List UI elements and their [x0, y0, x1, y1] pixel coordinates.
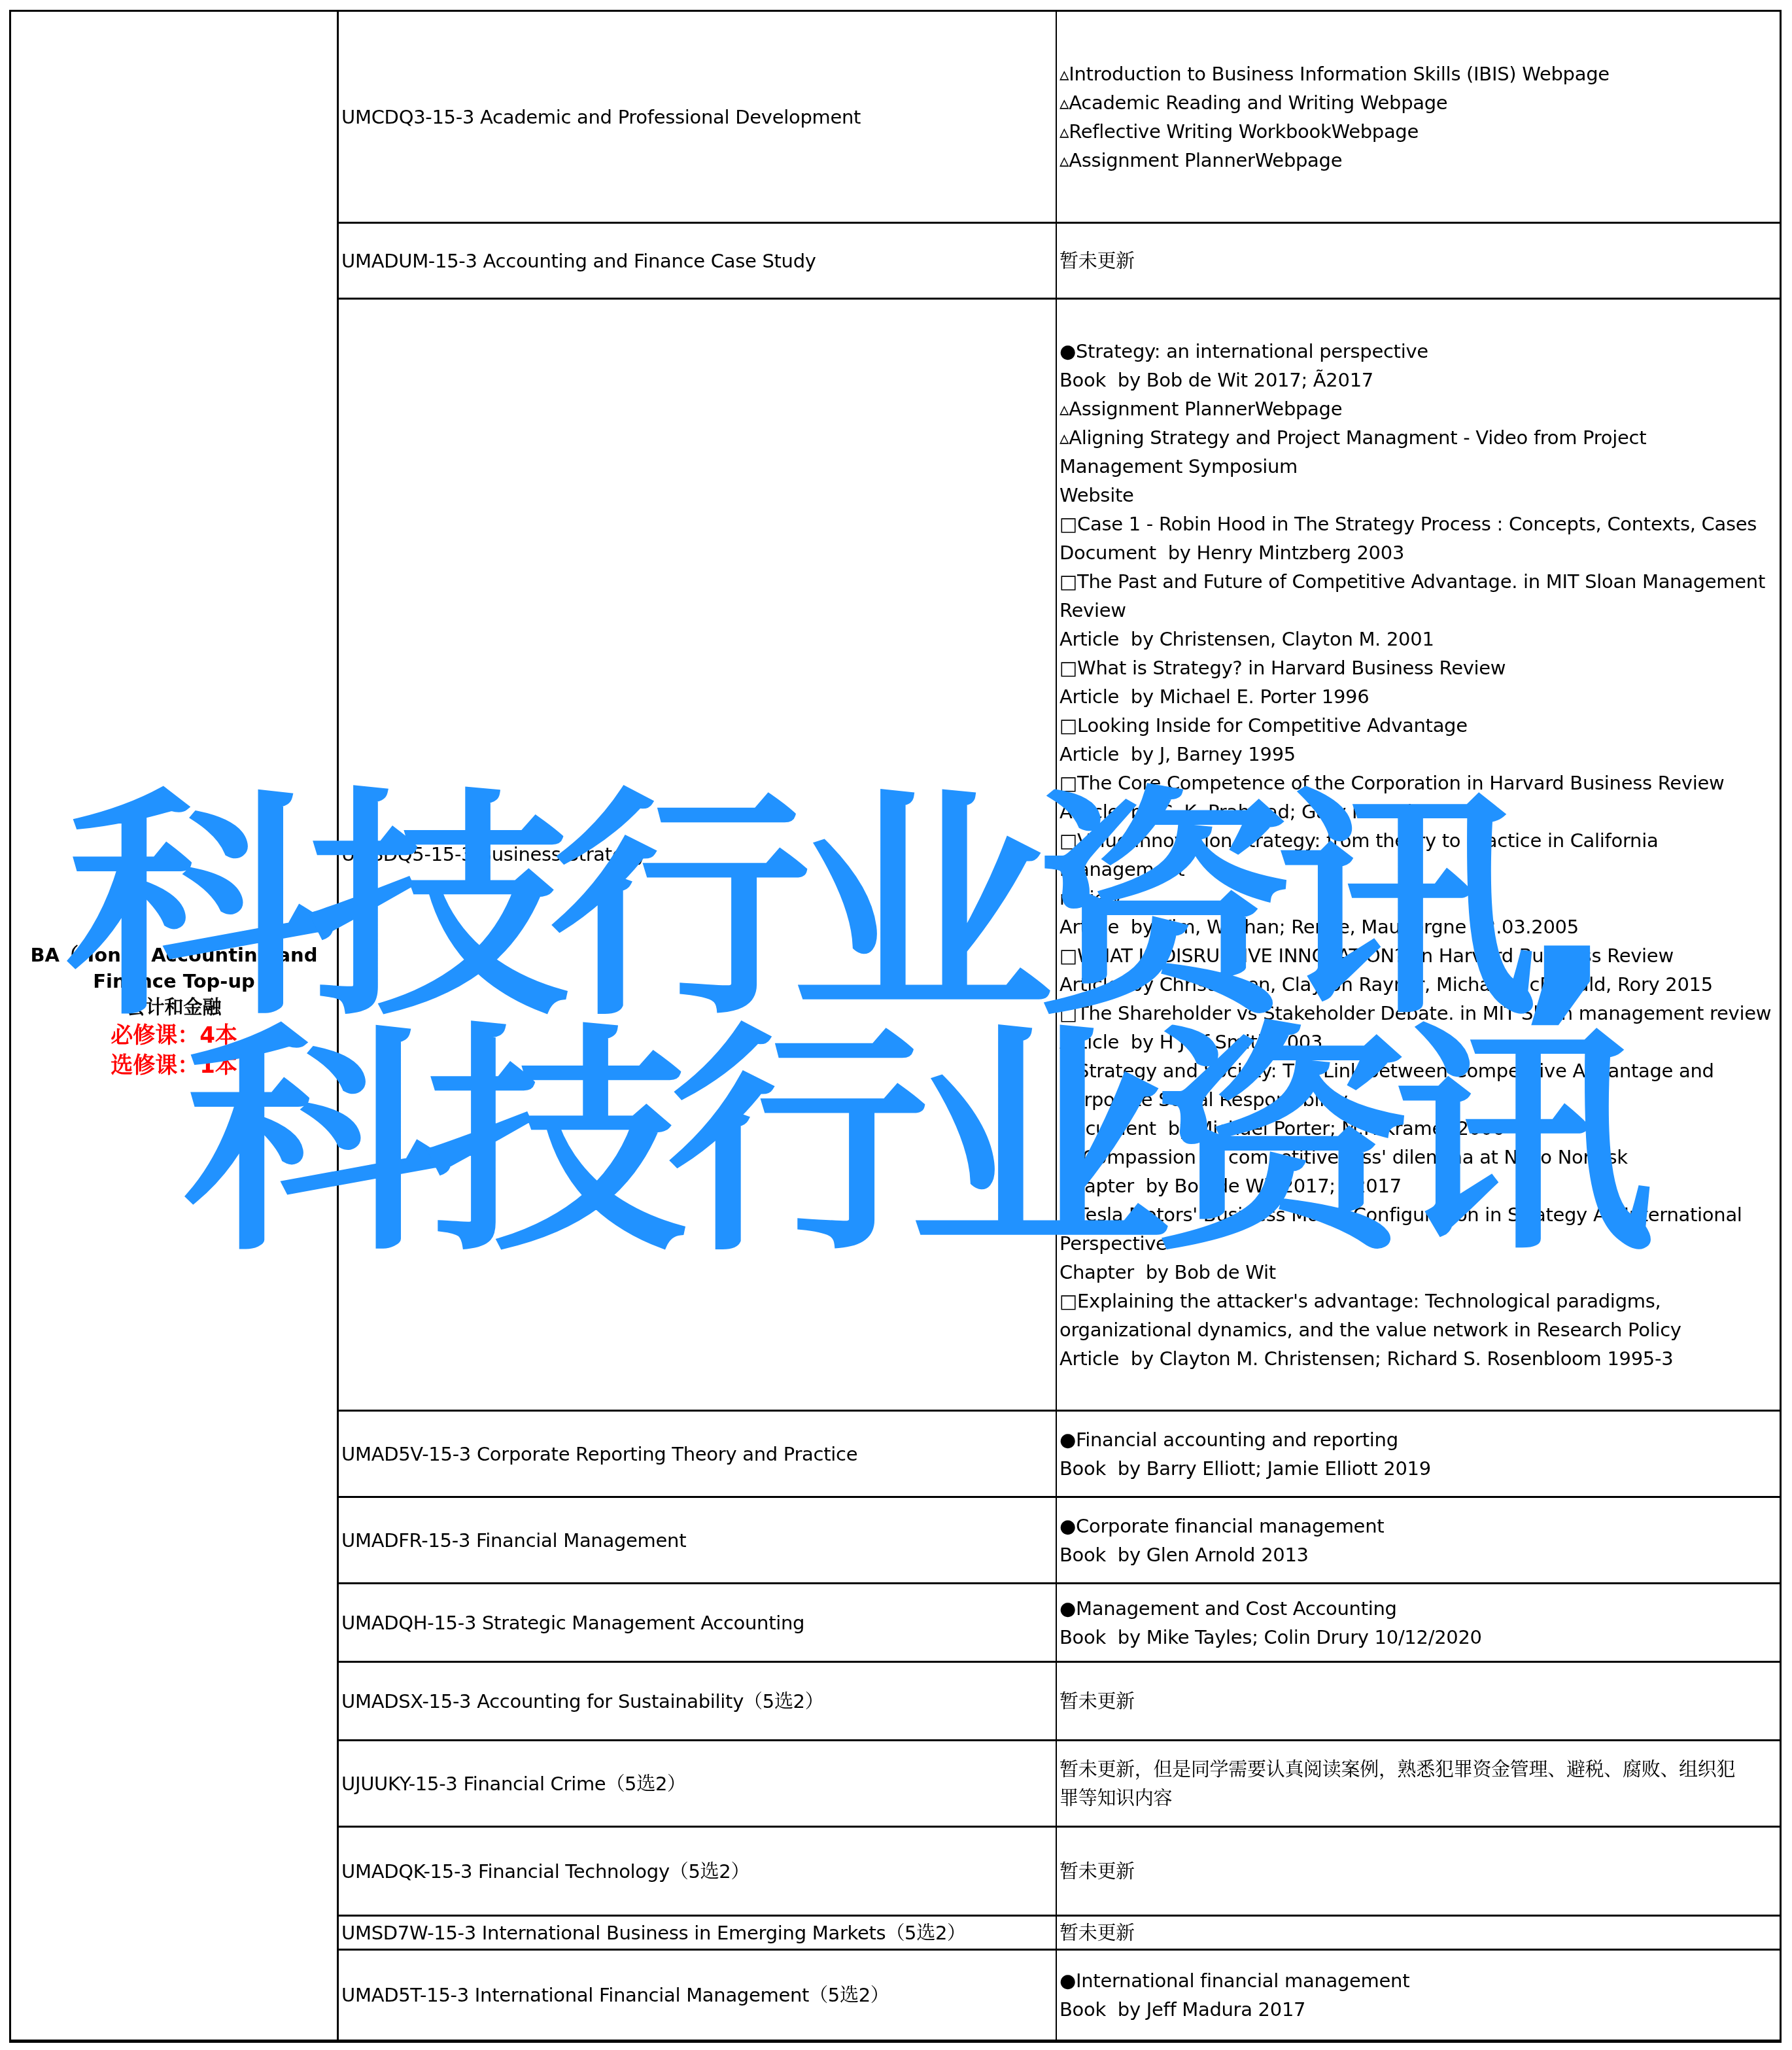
- reading-line: □Value innovation strategy: from theory …: [1060, 826, 1778, 884]
- reading-line: 暂未更新: [1060, 1919, 1135, 1947]
- reading-list: ●Management and Cost AccountingBook by M…: [1058, 1584, 1778, 1661]
- reading-lines: 暂未更新: [1060, 247, 1135, 275]
- required-count: 必修课：4本: [12, 1020, 336, 1051]
- reading-line: Perspective: [1060, 1229, 1778, 1258]
- reading-line: ●Management and Cost Accounting: [1060, 1594, 1482, 1623]
- course-reading-table: BA（Hons）Accounting and Finance Top-up 会计…: [0, 0, 1792, 2050]
- reading-line: Article by J, Barney 1995: [1060, 740, 1778, 769]
- reading-line: Book by Bob de Wit 2017; Ã2017: [1060, 366, 1778, 394]
- table-border-left: [9, 10, 11, 2043]
- reading-line: 暂未更新: [1060, 1857, 1135, 1886]
- reading-list: ●International financial managementBook …: [1058, 1951, 1778, 2040]
- reading-lines: ●International financial managementBook …: [1060, 1966, 1409, 2024]
- course-name: UMSDQ5-15-3 Business Strategy: [340, 843, 1053, 866]
- course-name: UMCDQ3-15-3 Academic and Professional De…: [340, 12, 1053, 222]
- reading-line: Book by Jeff Madura 2017: [1060, 1995, 1409, 2024]
- program-title-cn: 会计和金融: [12, 994, 336, 1020]
- reading-lines: ▵Introduction to Business Information Sk…: [1060, 60, 1610, 175]
- reading-lines: 暂未更新: [1060, 1857, 1135, 1886]
- reading-line: Article by Christensen, Clayton M. 2001: [1060, 625, 1778, 653]
- reading-line: 暂未更新，但是同学需要认真阅读案例，熟悉犯罪资金管理、避税、腐败、组织犯: [1060, 1755, 1735, 1784]
- reading-line: □Explaining the attacker's advantage: Te…: [1060, 1287, 1778, 1315]
- reading-list: ●Corporate financial managementBook by G…: [1058, 1498, 1778, 1582]
- reading-line: □Looking Inside for Competitive Advantag…: [1060, 711, 1778, 740]
- reading-line: Article by Michael E. Porter 1996: [1060, 682, 1778, 711]
- reading-line: □Tesla Motors' Business Model Configurat…: [1060, 1200, 1778, 1229]
- reading-lines: ●Strategy: an international perspectiveB…: [1060, 337, 1778, 1373]
- reading-list: 暂未更新: [1058, 1917, 1778, 1949]
- reading-list: ●Strategy: an international perspectiveB…: [1058, 300, 1778, 1410]
- reading-line: Chapter by Bob de Wit 2017; Ã2017: [1060, 1172, 1778, 1200]
- reading-line: Article by H Jeff Smith 2003: [1060, 1028, 1778, 1056]
- reading-line: Document by Henry Mintzberg 2003: [1060, 538, 1778, 567]
- reading-list: 暂未更新: [1058, 224, 1778, 298]
- reading-line: Article by Clayton M. Christensen; Richa…: [1060, 1344, 1778, 1373]
- course-name: UMAD5V-15-3 Corporate Reporting Theory a…: [340, 1412, 1053, 1496]
- reading-line: ●International financial management: [1060, 1966, 1409, 1995]
- reading-line: □'Compassion vs competitiveness' dilemma…: [1060, 1143, 1778, 1172]
- reading-line: Book by Barry Elliott; Jamie Elliott 201…: [1060, 1454, 1431, 1483]
- reading-line: ▵Aligning Strategy and Project Managment…: [1060, 423, 1778, 452]
- reading-line: Management Symposium: [1060, 452, 1778, 481]
- reading-line: ●Financial accounting and reporting: [1060, 1425, 1431, 1454]
- course-name: UMADUM-15-3 Accounting and Finance Case …: [340, 224, 1053, 298]
- reading-list: ▵Introduction to Business Information Sk…: [1058, 12, 1778, 222]
- course-name: UMADQK-15-3 Financial Technology（5选2）: [340, 1828, 1053, 1915]
- reading-line: ▵Introduction to Business Information Sk…: [1060, 60, 1610, 88]
- reading-line: Chapter by Bob de Wit: [1060, 1258, 1778, 1287]
- reading-line: □Case 1 - Robin Hood in The Strategy Pro…: [1060, 510, 1778, 538]
- reading-line: Corporate Social Responsibility: [1060, 1085, 1778, 1114]
- column-divider-books: [1056, 10, 1057, 2043]
- reading-line: Article by C. K. Prahalad; Gary Hamel 19…: [1060, 797, 1778, 826]
- course-name: UMADSX-15-3 Accounting for Sustainabilit…: [340, 1663, 1053, 1739]
- program-title-en: BA（Hons）Accounting and Finance Top-up: [12, 942, 336, 994]
- reading-line: Website: [1060, 481, 1778, 510]
- program-cell: BA（Hons）Accounting and Finance Top-up 会计…: [12, 942, 336, 1081]
- reading-lines: 暂未更新: [1060, 1919, 1135, 1947]
- reading-line: 暂未更新: [1060, 1687, 1135, 1716]
- reading-line: Review: [1060, 596, 1778, 625]
- reading-line: 罪等知识内容: [1060, 1784, 1735, 1813]
- reading-line: □Strategy and Society: The Link between …: [1060, 1056, 1778, 1085]
- table-border-bottom: [9, 2040, 1782, 2043]
- reading-line: organizational dynamics, and the value n…: [1060, 1315, 1778, 1344]
- course-name: UMSD7W-15-3 International Business in Em…: [340, 1917, 1053, 1949]
- course-name: UMAD5T-15-3 International Financial Mana…: [340, 1951, 1053, 2040]
- reading-line: □WHAT IS DISRUPTIVE INNOVATION?. in Harv…: [1060, 941, 1778, 970]
- reading-lines: 暂未更新，但是同学需要认真阅读案例，熟悉犯罪资金管理、避税、腐败、组织犯罪等知识…: [1060, 1755, 1735, 1813]
- reading-line: Book by Mike Tayles; Colin Drury 10/12/2…: [1060, 1623, 1482, 1652]
- table-border-right: [1780, 10, 1782, 2043]
- reading-lines: ●Financial accounting and reportingBook …: [1060, 1425, 1431, 1483]
- reading-line: Book by Glen Arnold 2013: [1060, 1540, 1384, 1569]
- reading-line: ▵Assignment PlannerWebpage: [1060, 146, 1610, 175]
- reading-line: ●Corporate financial management: [1060, 1512, 1384, 1540]
- reading-line: review: [1060, 884, 1778, 912]
- elective-count: 选修课：1本: [12, 1051, 336, 1081]
- reading-list: ●Financial accounting and reportingBook …: [1058, 1412, 1778, 1496]
- reading-line: Article by Christensen, Clayton Raynor, …: [1060, 970, 1778, 999]
- course-name: UJUUKY-15-3 Financial Crime（5选2）: [340, 1741, 1053, 1826]
- course-name: UMADQH-15-3 Strategic Management Account…: [340, 1584, 1053, 1661]
- reading-line: ▵Reflective Writing WorkbookWebpage: [1060, 117, 1610, 146]
- reading-line: Article by Kim, W Chan; Renee, Mauborgne…: [1060, 912, 1778, 941]
- reading-list: 暂未更新: [1058, 1828, 1778, 1915]
- column-divider-program: [337, 10, 339, 2043]
- reading-list: 暂未更新: [1058, 1663, 1778, 1739]
- reading-list: 暂未更新，但是同学需要认真阅读案例，熟悉犯罪资金管理、避税、腐败、组织犯罪等知识…: [1058, 1741, 1778, 1826]
- reading-line: 暂未更新: [1060, 247, 1135, 275]
- reading-line: Document by Michael Porter; M.R Kramer 2…: [1060, 1114, 1778, 1143]
- reading-line: ●Strategy: an international perspective: [1060, 337, 1778, 366]
- reading-lines: 暂未更新: [1060, 1687, 1135, 1716]
- reading-line: □What is Strategy? in Harvard Business R…: [1060, 653, 1778, 682]
- course-name: UMADFR-15-3 Financial Management: [340, 1498, 1053, 1582]
- reading-lines: ●Corporate financial managementBook by G…: [1060, 1512, 1384, 1569]
- reading-line: □The Shareholder vs Stakeholder Debate. …: [1060, 999, 1778, 1028]
- reading-line: □The Past and Future of Competitive Adva…: [1060, 567, 1778, 596]
- reading-lines: ●Management and Cost AccountingBook by M…: [1060, 1594, 1482, 1652]
- reading-line: □The Core Competence of the Corporation …: [1060, 769, 1778, 797]
- reading-line: ▵Academic Reading and Writing Webpage: [1060, 88, 1610, 117]
- reading-line: ▵Assignment PlannerWebpage: [1060, 394, 1778, 423]
